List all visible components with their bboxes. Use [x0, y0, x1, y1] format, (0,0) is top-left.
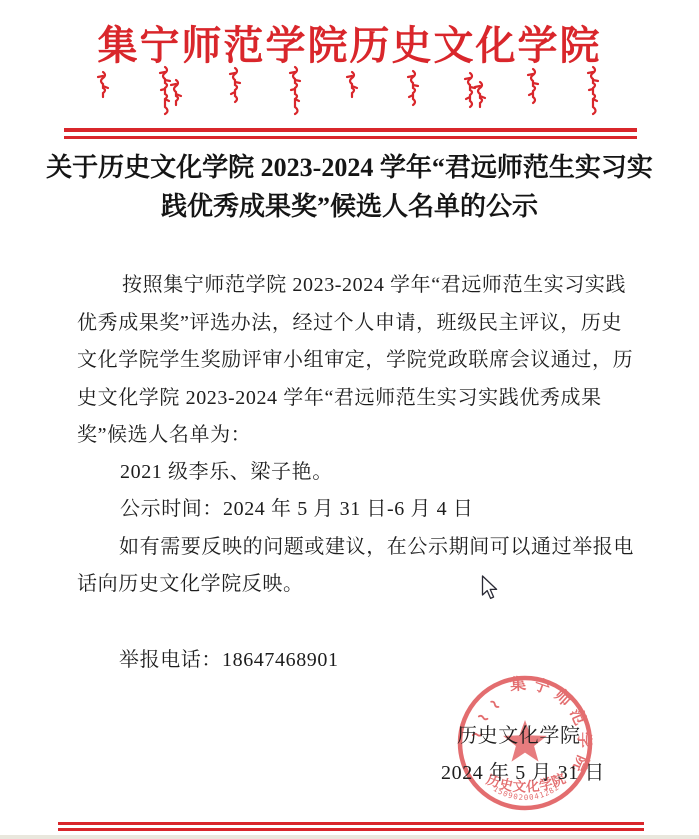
footer-rule-bottom [58, 828, 644, 831]
body-line: 优秀成果奖”评选办法，经过个人申请，班级民主评议，历史 [77, 306, 622, 335]
document-title-line-2: 践优秀成果奖”候选人名单的公示 [0, 186, 699, 223]
candidates-line: 2021 级李乐、梁子艳。 [120, 455, 333, 484]
mouse-cursor-icon [481, 575, 499, 601]
body-line: 按照集宁师范学院 2023-2024 学年“君远师范生实习实践 [122, 268, 626, 297]
hotline-line: 举报电话：18647468901 [119, 643, 339, 672]
mongolian-script-row [0, 64, 699, 122]
document-page: 集宁师范学院历史文化学院 关于历史文化学院 2 [0, 0, 699, 839]
signature-date: 2024 年 5 月 31 日 [441, 756, 605, 785]
letterhead-org-name: 集宁师范学院历史文化学院 [0, 14, 699, 71]
footer-rule-top [58, 822, 644, 825]
body-line: 如有需要反映的问题或建议，在公示期间可以通过举报电 [119, 530, 634, 559]
body-line: 奖”候选人名单为： [77, 418, 251, 447]
body-line: 文化学院学生奖励评审小组审定，学院党政联席会议通过，历 [77, 343, 633, 372]
header-rule-thin [64, 136, 637, 139]
document-title-line-1: 关于历史文化学院 2023-2024 学年“君远师范生实习实 [0, 147, 699, 184]
window-bottom-edge [0, 835, 699, 839]
header-rule-thick [64, 128, 637, 132]
publicity-period-line: 公示时间：2024 年 5 月 31 日-6 月 4 日 [120, 492, 473, 521]
signature-org: 历史文化学院 [457, 719, 581, 748]
body-line: 史文化学院 2023-2024 学年“君远师范生实习实践优秀成果 [77, 381, 602, 410]
body-line: 话向历史文化学院反映。 [77, 567, 304, 596]
